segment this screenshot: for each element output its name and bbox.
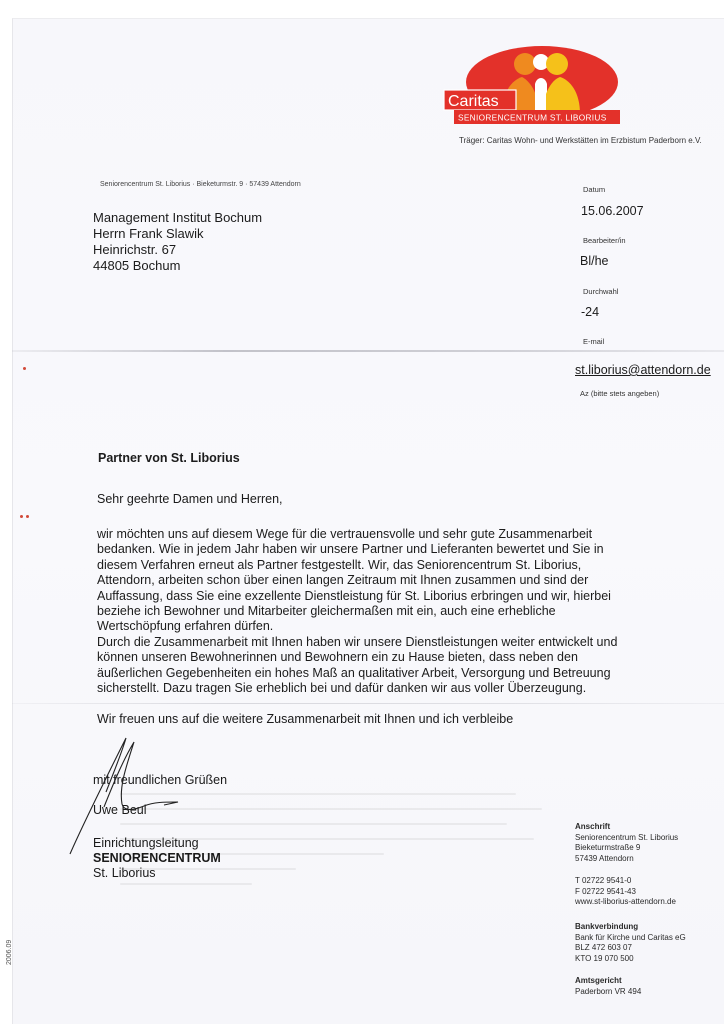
footer-line: KTO 19 070 500 <box>575 954 686 965</box>
footer-line: 57439 Attendorn <box>575 854 678 865</box>
sponsor-line: Träger: Caritas Wohn- und Werkstätten im… <box>459 136 702 145</box>
role-line: SENIORENCENTRUM <box>93 851 221 866</box>
footer-line: Bieketurmstraße 9 <box>575 843 678 854</box>
recipient-line: Management Institut Bochum <box>93 210 262 226</box>
body-line: diesem Verfahren erneut als Partner fest… <box>97 558 697 573</box>
clerk-label: Bearbeiter/in <box>583 236 626 245</box>
footer-line: Paderborn VR 494 <box>575 987 641 998</box>
footer-heading: Anschrift <box>575 822 678 833</box>
footer-website[interactable]: www.st-liborius-attendorn.de <box>575 897 676 908</box>
footer-heading: Amtsgericht <box>575 976 641 987</box>
footer-line: Seniorencentrum St. Liborius <box>575 833 678 844</box>
body-line: bedanken. Wie in jedem Jahr haben wir un… <box>97 542 697 557</box>
extension-label: Durchwahl <box>583 287 618 296</box>
body-line: können unseren Bewohnerinnen und Bewohne… <box>97 650 697 665</box>
footer-heading: Bankverbindung <box>575 922 686 933</box>
svg-text:SENIORENCENTRUM ST. LIBORIUS: SENIORENCENTRUM ST. LIBORIUS <box>458 113 607 123</box>
greeting: mit freundlichen Grüßen <box>93 773 227 787</box>
date-label: Datum <box>583 185 605 194</box>
email-label: E-mail <box>583 337 604 346</box>
body-line: Auffassung, dass Sie eine exzellente Die… <box>97 589 697 604</box>
body-line: beziehe ich Bewohner und Mitarbeiter gle… <box>97 604 697 619</box>
footer-contact: T 02722 9541-0 F 02722 9541-43 www.st-li… <box>575 876 676 908</box>
caritas-people-logo-icon: Caritas SENIORENCENTRUM ST. LIBORIUS <box>442 44 622 128</box>
svg-text:Caritas: Caritas <box>448 93 499 110</box>
fold-mark <box>20 515 23 518</box>
footer-address: Anschrift Seniorencentrum St. Liborius B… <box>575 822 678 864</box>
recipient-address: Management Institut Bochum Herrn Frank S… <box>93 210 262 274</box>
sender-return-address: Seniorencentrum St. Liborius · Bieketurm… <box>100 181 301 188</box>
body-line: sicherstellt. Dazu tragen Sie erheblich … <box>97 681 697 696</box>
recipient-line: Herrn Frank Slawik <box>93 226 262 242</box>
footer-fax: F 02722 9541-43 <box>575 887 676 898</box>
caritas-logo: Caritas SENIORENCENTRUM ST. LIBORIUS <box>442 44 622 128</box>
body-line: Wertschöpfung erfahren dürfen. <box>97 619 697 634</box>
extension-value: -24 <box>581 305 599 319</box>
footer-bank: Bankverbindung Bank für Kirche und Carit… <box>575 922 686 964</box>
fold-line <box>12 350 724 352</box>
letter-subject: Partner von St. Liborius <box>98 451 240 465</box>
signer-role: Einrichtungsleitung SENIORENCENTRUM St. … <box>93 836 221 881</box>
footer-phone: T 02722 9541-0 <box>575 876 676 887</box>
body-line: wir möchten uns auf diesem Wege für die … <box>97 527 697 542</box>
role-line: Einrichtungsleitung <box>93 836 221 851</box>
reference-label: Az (bitte stets angeben) <box>580 389 659 398</box>
body-line: Durch die Zusammenarbeit mit Ihnen haben… <box>97 635 697 650</box>
role-line: St. Liborius <box>93 866 221 881</box>
footer-line: Bank für Kirche und Caritas eG <box>575 933 686 944</box>
recipient-line: Heinrichstr. 67 <box>93 242 262 258</box>
fold-mark <box>26 515 29 518</box>
footer-line: BLZ 472 603 07 <box>575 943 686 954</box>
body-line: Attendorn, arbeiten schon über einen lan… <box>97 573 697 588</box>
signer-name: Uwe Beul <box>93 803 147 817</box>
date-value: 15.06.2007 <box>581 204 644 218</box>
letter-body: wir möchten uns auf diesem Wege für die … <box>97 527 697 696</box>
fold-line <box>12 703 724 704</box>
body-line: äußerlichen Gegebenheiten ein hohes Maß … <box>97 666 697 681</box>
salutation: Sehr geehrte Damen und Herren, <box>97 492 283 506</box>
fold-mark <box>23 367 26 370</box>
recipient-line: 44805 Bochum <box>93 258 262 274</box>
email-link[interactable]: st.liborius@attendorn.de <box>575 363 711 377</box>
closing-sentence: Wir freuen uns auf die weitere Zusammena… <box>97 712 513 726</box>
footer-court: Amtsgericht Paderborn VR 494 <box>575 976 641 997</box>
form-version-stamp: 2006.09 <box>6 940 13 965</box>
clerk-value: Bl/he <box>580 254 609 268</box>
